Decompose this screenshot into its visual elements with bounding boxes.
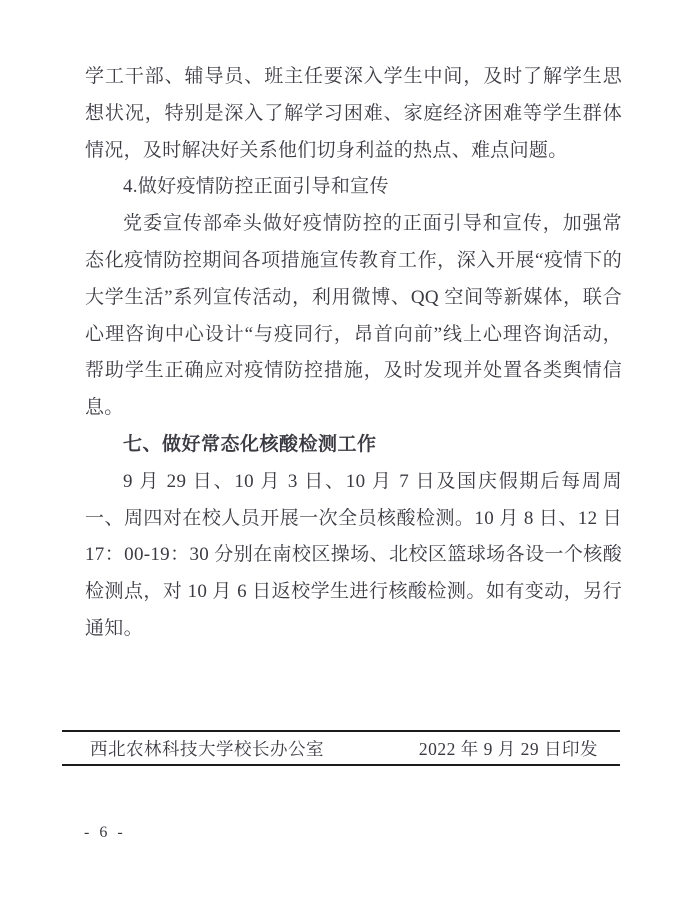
document-page: 学工干部、辅导员、班主任要深入学生中间，及时了解学生思想状况，特别是深入了解学习… bbox=[0, 0, 679, 900]
document-body: 学工干部、辅导员、班主任要深入学生中间，及时了解学生思想状况，特别是深入了解学习… bbox=[85, 59, 622, 648]
paragraph-testing-schedule: 9 月 29 日、10 月 3 日、10 月 7 日及国庆假期后每周周一、周四对… bbox=[85, 464, 622, 648]
subheading-publicity: 4.做好疫情防控正面引导和宣传 bbox=[85, 169, 622, 206]
footer-colophon: 西北农林科技大学校长办公室 2022 年 9 月 29 日印发 bbox=[62, 730, 620, 766]
paragraph-student-work: 学工干部、辅导员、班主任要深入学生中间，及时了解学生思想状况，特别是深入了解学习… bbox=[85, 59, 622, 169]
paragraph-publicity: 党委宣传部牵头做好疫情防控的正面引导和宣传，加强常态化疫情防控期间各项措施宣传教… bbox=[85, 206, 622, 427]
footer-issuer: 西北农林科技大学校长办公室 bbox=[90, 736, 324, 761]
heading-nucleic-acid-testing: 七、做好常态化核酸检测工作 bbox=[85, 427, 622, 464]
footer-print-date: 2022 年 9 月 29 日印发 bbox=[419, 736, 598, 761]
page-number: - 6 - bbox=[84, 824, 126, 842]
